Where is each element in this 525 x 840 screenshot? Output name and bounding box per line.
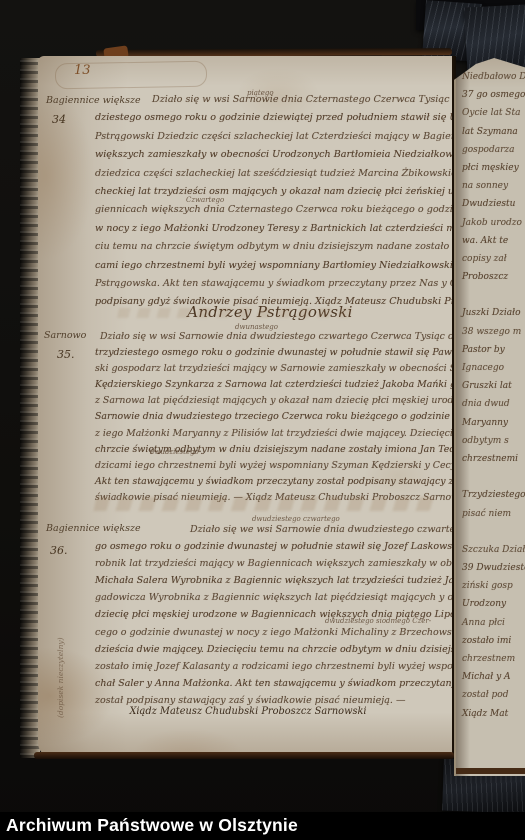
manuscript-line: ciu temu na chrzcie świętym odbytym w dn… <box>95 241 452 259</box>
manuscript-line: trzydziestego osmego roku o godzinie dwu… <box>95 347 452 363</box>
manuscript-line: zostało imię Jozef Kalasanty a rodzicami… <box>95 661 452 678</box>
archive-banner: Archiwum Państwowe w Olsztynie <box>0 812 525 840</box>
entry-34-number: 34 <box>52 113 66 126</box>
entry-35-text: Działo się w wsi Sarnowie dnia dwudziest… <box>95 331 452 508</box>
manuscript-line: z iego Małżonki Maryanny z Pilisiów lat … <box>95 428 452 444</box>
manuscript-line: dzicami iego chrzestnemi byli wyżej wspo… <box>95 460 452 476</box>
manuscript-line: Działo się w wsi Sarnowie dnia dwudziest… <box>100 331 452 347</box>
manuscript-line: Maryanny <box>462 418 525 436</box>
entry-35-number: 35. <box>57 348 75 361</box>
manuscript-line: dziecię płci męskiej urodzone w Bagienni… <box>95 609 452 626</box>
manuscript-line: Kędzierskiego Szynkarza z Sarnowa lat cz… <box>95 379 452 395</box>
manuscript-line: Pstrągowski Dziedzic części szlacheckiej… <box>95 131 452 149</box>
right-page-fragments: Niedbałowo Dzia37 go osmego roOycie lat … <box>462 72 525 727</box>
entry-36-superscript-1: dwudziestego czwartego <box>252 515 340 523</box>
manuscript-line: 38 wszego m <box>462 327 525 345</box>
manuscript-line: Dwudziestu <box>462 199 525 217</box>
page-bottom-edge <box>34 752 454 759</box>
margin-vertical-note: (dopisek nieczytelny) <box>56 548 65 718</box>
manuscript-line: został pod <box>462 690 525 708</box>
manuscript-line <box>462 527 525 545</box>
entry-35-place: Sarnowo <box>44 330 86 341</box>
manuscript-line: Jakob urodzo <box>462 218 525 236</box>
manuscript-line: Anna płci <box>462 618 525 636</box>
manuscript-line: cego o godzinie dwunastej w nocy z iego … <box>95 627 452 644</box>
manuscript-line: Szczuka Działo <box>462 545 525 563</box>
manuscript-line: gospodarza <box>462 145 525 163</box>
manuscript-line: 37 go osmego ro <box>462 90 525 108</box>
manuscript-line: lat Szymana <box>462 127 525 145</box>
manuscript-line: odbytym s <box>462 436 525 454</box>
archive-name: Archiwum Państwowe w Olsztynie <box>6 815 298 836</box>
manuscript-line <box>462 472 525 490</box>
manuscript-line: wa. Akt te <box>462 236 525 254</box>
manuscript-line: checkiej lat trzydzieści osm mających y … <box>95 186 452 204</box>
entry-35-superscript-1: dwunastego <box>235 323 278 331</box>
manuscript-line: Ignacego <box>462 363 525 381</box>
page-number-stamp: 13 <box>74 63 91 78</box>
manuscript-line: 39 Dwudziestego <box>462 563 525 581</box>
manuscript-line: Michał y A <box>462 672 525 690</box>
manuscript-line: go osmego roku o godzinie dwunastej w po… <box>95 541 452 558</box>
manuscript-line: Pstrągowska. Akt ten stawającemu y świad… <box>95 278 452 296</box>
manuscript-line: Niedbałowo Dzia <box>462 72 525 90</box>
right-page-bottom-edge <box>456 768 525 774</box>
entry-34-text: Działo się w wsi Sarnowie dnia Czternast… <box>95 94 452 315</box>
manuscript-line: giennicach większych dnia Czternastego C… <box>95 204 452 222</box>
manuscript-line: Michała Salera Wyrobnika z Bagiennic wię… <box>95 575 452 592</box>
priest-signature: Xiądz Mateusz Chudubski Proboszcz Sarnow… <box>98 706 398 717</box>
manuscript-line: pisać niem <box>462 509 525 527</box>
manuscript-line: chrzcie świętym odbytym w dniu dzisiejsz… <box>95 444 452 460</box>
manuscript-line: ski gospodarz lat trzydzieści mający w S… <box>95 363 452 379</box>
manuscript-line: chrzestnem <box>462 654 525 672</box>
manuscript-line: gadowicza Wyrobnika z Bagiennic większyc… <box>95 592 452 609</box>
manuscript-line: na sonney <box>462 181 525 199</box>
manuscript-line: Proboszcz <box>462 272 525 290</box>
manuscript-line: Sarnowie dnia dwudziestego trzeciego Cze… <box>95 411 452 427</box>
manuscript-line <box>462 290 525 308</box>
register-right-page: Niedbałowo Dzia37 go osmego roOycie lat … <box>454 58 525 776</box>
manuscript-line: cami iego chrzestnemi byli wyżej wspomni… <box>95 260 452 278</box>
manuscript-line: ziński gosp <box>462 581 525 599</box>
manuscript-line: Gruszki lat <box>462 381 525 399</box>
manuscript-line: Xiądz Mat <box>462 709 525 727</box>
manuscript-line: Oycie lat Sta <box>462 108 525 126</box>
entry-36-text: Działo się we wsi Sarnowie dnia dwudzies… <box>95 524 452 712</box>
manuscript-line: dziestego osmego roku o godzinie dziewią… <box>95 112 452 130</box>
ink-bleed <box>94 497 437 511</box>
manuscript-line: Juszki Działo <box>462 308 525 326</box>
register-left-page: 13 Bagiennice większe 34 piątego Czwarte… <box>38 56 452 757</box>
manuscript-line: Akt ten stawającemu y świadkom przeczyta… <box>95 476 452 492</box>
manuscript-line: Działo się w wsi Sarnowie dnia Czternast… <box>152 94 452 112</box>
manuscript-line: z Sarnowa lat pięćdziesiąt mających y ok… <box>95 395 452 411</box>
manuscript-line: chrzestnemi <box>462 454 525 472</box>
manuscript-line: Działo się we wsi Sarnowie dnia dwudzies… <box>190 524 452 541</box>
manuscript-line: zostało imi <box>462 636 525 654</box>
manuscript-line: w nocy z iego Małżonki Urodzoney Teresy … <box>95 223 452 241</box>
ink-bleed <box>117 308 359 318</box>
book-spine-edge <box>20 58 40 758</box>
manuscript-line: dziedzica części szlacheckiej lat sześćd… <box>95 168 452 186</box>
manuscript-line: robnik lat trzydzieści mający w Bagienni… <box>95 558 452 575</box>
manuscript-line: chał Saler y Anna Małżonka. Akt ten staw… <box>95 678 452 695</box>
manuscript-line: copisy zał <box>462 254 525 272</box>
manuscript-line: Urodzony <box>462 599 525 617</box>
manuscript-line: większych zamieszkały w obecności Urodzo… <box>95 149 452 167</box>
manuscript-line: Trzydziestego <box>462 490 525 508</box>
manuscript-line: dnia dwud <box>462 399 525 417</box>
manuscript-line: Pastor by <box>462 345 525 363</box>
manuscript-line: dzieścia dwie mającey. Dziecięciu temu n… <box>95 644 452 661</box>
manuscript-line: płci męskiey <box>462 163 525 181</box>
archive-photo: 13 Bagiennice większe 34 piątego Czwarte… <box>0 0 525 840</box>
